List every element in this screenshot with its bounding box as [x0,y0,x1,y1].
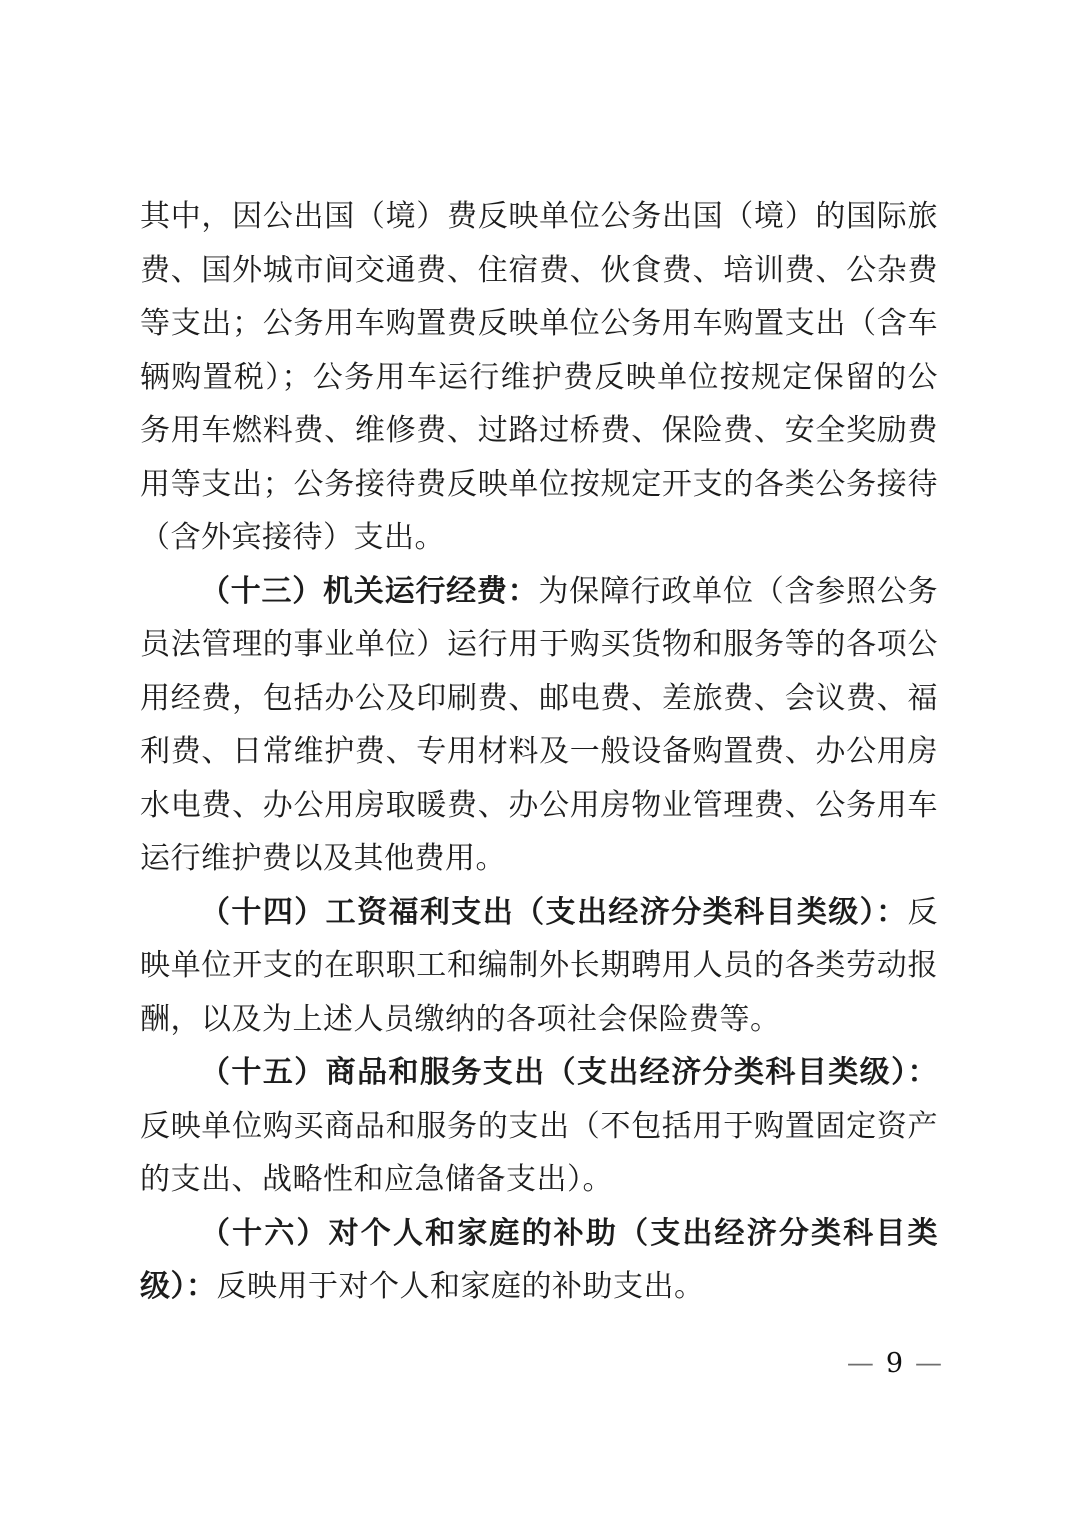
paragraph-lead: （十三）机关运行经费： [200,574,538,609]
paragraph-lead: （十四）工资福利支出（支出经济分类科目类级）： [200,895,908,930]
paragraph-text: 为保障行政单位（含参照公务员法管理的事业单位）运行用于购买货物和服务等的各项公用… [140,574,938,877]
paragraph: （十四）工资福利支出（支出经济分类科目类级）：反映单位开支的在职职工和编制外长期… [140,886,938,1047]
paragraph-text: 反映用于对个人和家庭的补助支出。 [217,1269,705,1304]
page-number: 9 [876,1348,915,1379]
paragraph-lead: （十五）商品和服务支出（支出经济分类科目类级）： [200,1055,938,1090]
page-number-dash-right: — [915,1348,944,1379]
document-body: 其中，因公出国（境）费反映单位公务出国（境）的国际旅费、国外城市间交通费、住宿费… [140,190,938,1314]
paragraph: （十六）对个人和家庭的补助（支出经济分类科目类级）：反映用于对个人和家庭的补助支… [140,1207,938,1314]
page-number-dash-left: — [847,1348,876,1379]
paragraph: （十三）机关运行经费：为保障行政单位（含参照公务员法管理的事业单位）运行用于购买… [140,565,938,886]
page-footer: —9— [847,1348,944,1380]
paragraph: 其中，因公出国（境）费反映单位公务出国（境）的国际旅费、国外城市间交通费、住宿费… [140,190,938,565]
paragraph-text: 反映单位购买商品和服务的支出（不包括用于购置固定资产的支出、战略性和应急储备支出… [140,1109,938,1198]
paragraph-text: 其中，因公出国（境）费反映单位公务出国（境）的国际旅费、国外城市间交通费、住宿费… [140,199,938,555]
document-page: 其中，因公出国（境）费反映单位公务出国（境）的国际旅费、国外城市间交通费、住宿费… [0,0,1074,1520]
paragraph: （十五）商品和服务支出（支出经济分类科目类级）：反映单位购买商品和服务的支出（不… [140,1046,938,1207]
